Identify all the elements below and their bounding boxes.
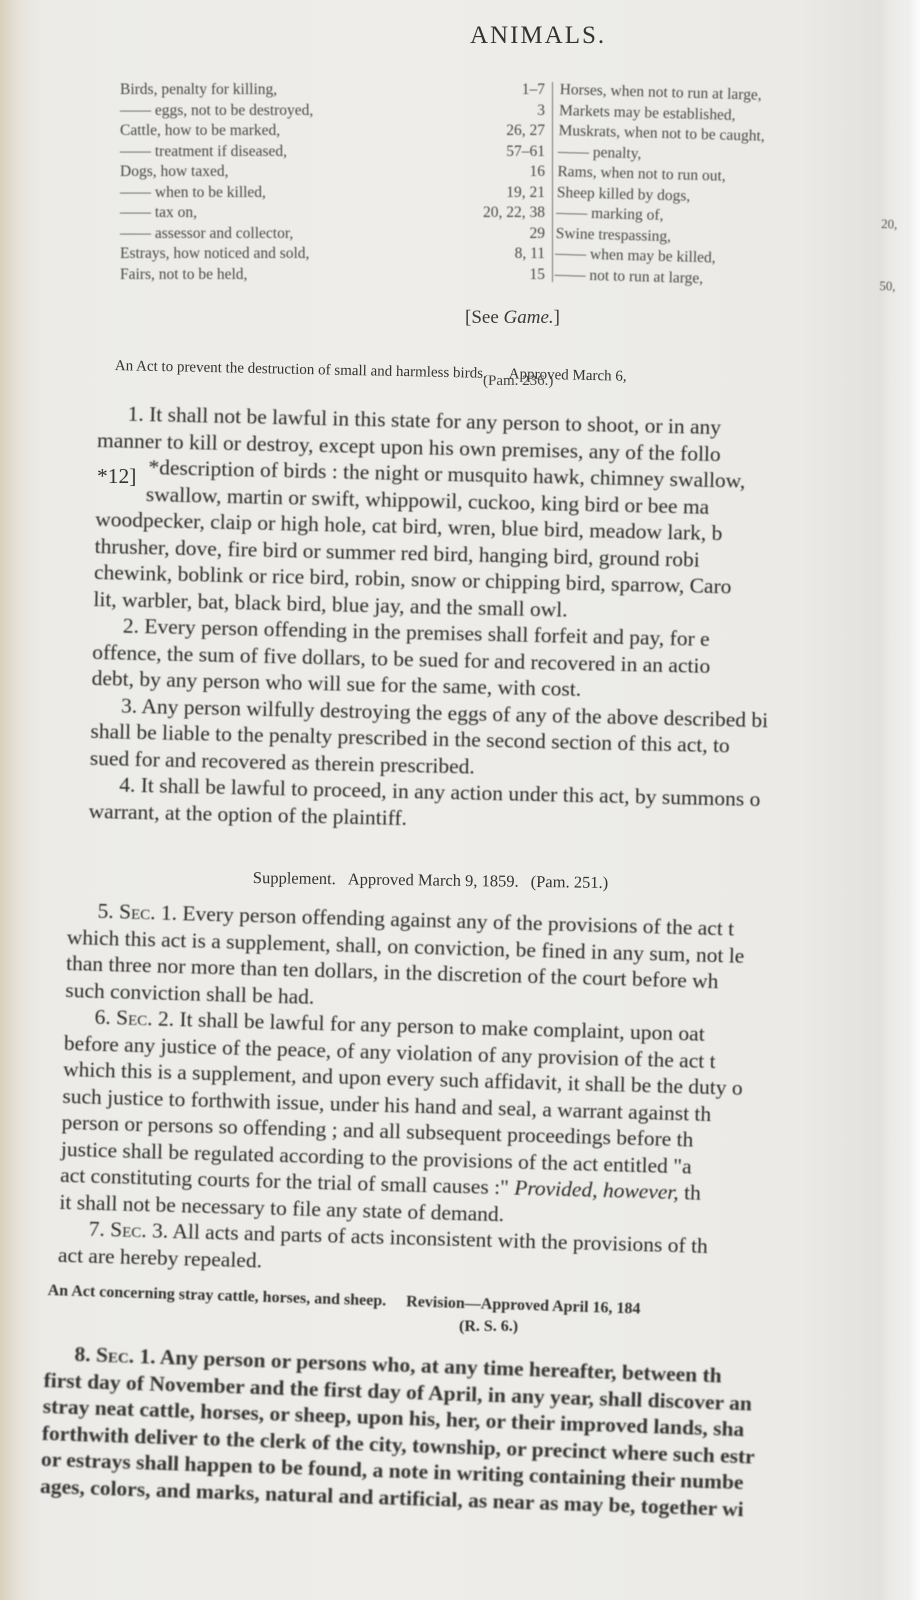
act-citation: (Pam. 236.) — [483, 373, 553, 390]
index-entry-text: —— when to be killed, — [120, 183, 266, 204]
index-entry-text: —— eggs, not to be destroyed, — [120, 101, 313, 122]
index-entry-text: Cattle, how to be marked, — [120, 121, 280, 142]
index-entry-text: Estrays, how noticed and sold, — [120, 244, 309, 265]
index-entry: —— eggs, not to be destroyed,3 — [120, 101, 545, 122]
index-entry-ref: 8, 11 — [515, 244, 545, 265]
see-also-target: Game. — [504, 307, 554, 328]
index-entry: Cattle, how to be marked,26, 27 — [120, 121, 545, 142]
section-number: 6. — [94, 1005, 116, 1030]
index-entry-text: —— not to run at large, — [554, 264, 703, 289]
act-heading-stray-cattle: An Act concerning stray cattle, horses, … — [47, 1282, 640, 1319]
index-entry: —— tax on,20, 22, 38 — [120, 203, 545, 224]
section-number: 7. — [88, 1217, 110, 1242]
supplement-heading: Supplement.Approved March 9, 1859.(Pam. … — [253, 868, 609, 893]
index-entry: —— when to be killed,19, 21 — [120, 183, 545, 204]
section-label: Sec. 1. — [119, 899, 178, 925]
index-entry-text: Dogs, how taxed, — [120, 162, 229, 183]
index-right-column: Horses, when not to run at large,Markets… — [554, 80, 900, 294]
index-entry-ref: 29 — [530, 224, 546, 245]
index-left-column: Birds, penalty for killing,1–7—— eggs, n… — [120, 80, 545, 285]
italic-proviso: Provided, however, — [514, 1176, 679, 1205]
index-entry: Birds, penalty for killing,1–7 — [120, 80, 545, 101]
index-entry: Dogs, how taxed,16 — [120, 162, 545, 183]
index-entry: Fairs, not to be held,15 — [120, 265, 545, 286]
index-entry-ref: 26, 27 — [506, 121, 545, 142]
index-entry-text: Birds, penalty for killing, — [120, 80, 277, 101]
index-divider — [552, 82, 553, 282]
index-entry-text: —— tax on, — [120, 203, 197, 224]
index-entry-ref: 15 — [530, 265, 546, 286]
index-entry-ref: 1–7 — [522, 80, 545, 101]
index-entry-text: —— treatment if diseased, — [120, 142, 287, 163]
section-label: Sec. 3. — [110, 1217, 169, 1243]
see-also-reference: [See Game.] — [465, 307, 560, 329]
index-entry-text: Fairs, not to be held, — [120, 265, 247, 286]
section-label: Sec. 2. — [116, 1005, 175, 1031]
stray-cattle-sections: 8. Sec. 1. Any person or persons who, at… — [40, 1340, 905, 1527]
supplement-sections: 5. Sec. 1. Every person offending agains… — [58, 897, 920, 1292]
section-label: Sec. 1. — [96, 1343, 156, 1369]
index-entry-text: —— penalty, — [558, 141, 642, 164]
index-entry-ref: 16 — [530, 162, 546, 183]
section-number: 8. — [74, 1342, 96, 1367]
index-entry-ref: 3 — [537, 101, 545, 122]
index-entry: Estrays, how noticed and sold,8, 11 — [120, 244, 545, 265]
act-citation-rs: (R. S. 6.) — [459, 1318, 518, 1336]
index-entry-text: —— assessor and collector, — [120, 224, 293, 245]
index-entry-ref: 20, 22, 38 — [483, 203, 545, 224]
page-edge-shadow — [890, 0, 920, 1600]
page-title: ANIMALS. — [470, 22, 606, 50]
index-entry-ref: 19, 21 — [506, 183, 545, 204]
scanned-book-page: ANIMALS. Birds, penalty for killing,1–7—… — [0, 0, 920, 1600]
act-birds-sections: 1. It shall not be lawful in this state … — [88, 400, 920, 843]
index-entry: —— assessor and collector,29 — [120, 224, 545, 245]
index-entry-ref: 57–61 — [506, 142, 545, 163]
index-entry: —— treatment if diseased,57–61 — [120, 142, 545, 163]
section-number: 5. — [97, 899, 119, 924]
